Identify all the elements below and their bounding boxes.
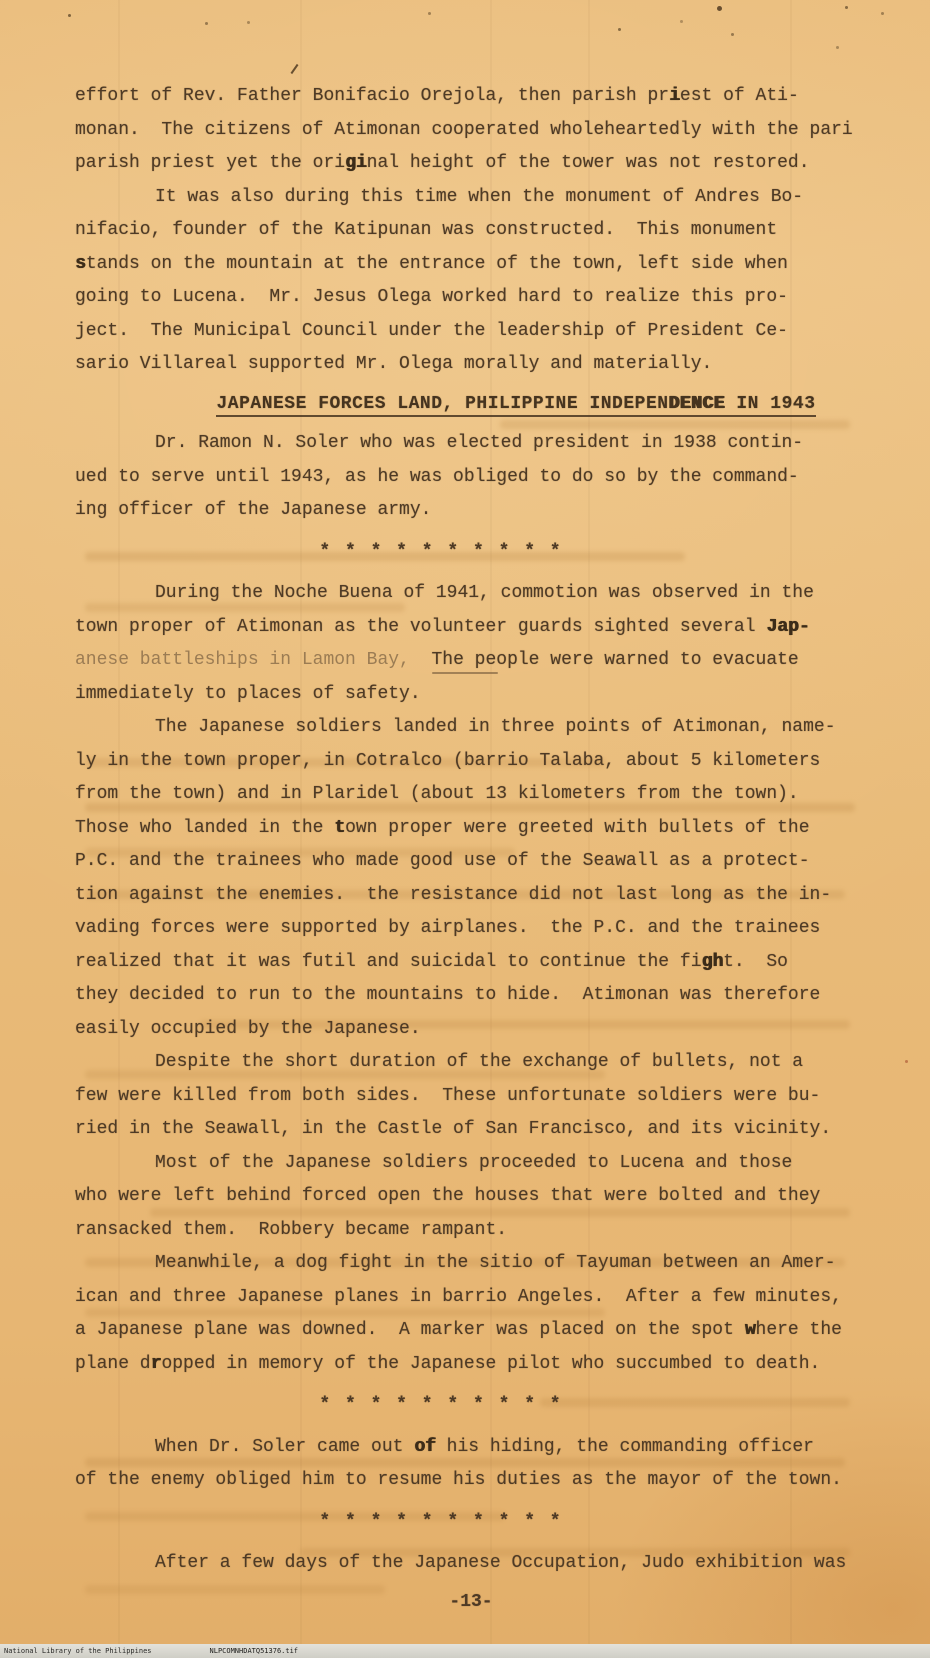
text-line: Most of the Japanese soldiers proceeded … [75,1147,867,1181]
text-line: town proper of Atimonan as the volunteer… [75,611,867,645]
text-segment: During the Noche Buena of 1941, commotio… [155,583,814,603]
text-line: tion against the enemies. the resistance… [75,879,867,913]
asterisk-separator: * * * * * * * * * * [75,1506,867,1540]
scanned-document-page: effort of Rev. Father Bonifacio Orejola,… [0,0,930,1658]
text-segment: immediately to places of safety. [75,684,421,704]
text-segment: The people were warned to evacuate [410,650,799,670]
text-line: Dr. Ramon N. Soler who was elected presi… [75,427,867,461]
text-segment: Most of the Japanese soldiers proceeded … [155,1153,792,1173]
text-line: they decided to run to the mountains to … [75,979,867,1013]
paragraph: Meanwhile, a dog fight in the sitio of T… [75,1247,867,1381]
text-line: easily occupied by the Japanese. [75,1013,867,1047]
text-segment: a Japanese plane was downed. A marker wa… [75,1320,745,1340]
text-segment: ued to serve until 1943, as he was oblig… [75,467,799,487]
text-line: of the enemy obliged him to resume his d… [75,1464,867,1498]
paragraph: effort of Rev. Father Bonifacio Orejola,… [75,80,867,181]
text-segment: Jap- [766,617,809,637]
text-segment: Those who landed in the [75,818,334,838]
paragraph: It was also during this time when the mo… [75,181,867,382]
text-segment: few were killed from both sides. These u… [75,1086,820,1106]
text-segment: gi [345,153,367,173]
text-line: effort of Rev. Father Bonifacio Orejola,… [75,80,867,114]
text-line: from the town) and in Plaridel (about 13… [75,778,867,812]
text-segment: effort of Rev. Father Bonifacio Orejola,… [75,86,669,106]
text-line: a Japanese plane was downed. A marker wa… [75,1314,867,1348]
text-line: vading forces were supported by airplane… [75,912,867,946]
text-segment: ried in the Seawall, in the Castle of Sa… [75,1119,831,1139]
text-line: immediately to places of safety. [75,678,867,712]
asterisk-separator: * * * * * * * * * * [75,536,867,570]
text-line: Despite the short duration of the exchan… [75,1046,867,1080]
text-segment: of the enemy obliged him to resume his d… [75,1470,842,1490]
text-line: After a few days of the Japanese Occupat… [75,1547,867,1581]
text-line: The Japanese soldiers landed in three po… [75,711,867,745]
text-segment: they decided to run to the mountains to … [75,985,820,1005]
text-line: Those who landed in the town proper were… [75,812,867,846]
footer-library-label: National Library of the Philippines [4,1647,152,1655]
text-segment: here the [756,1320,842,1340]
text-segment: t. So [723,952,788,972]
text-segment: from the town) and in Plaridel (about 13… [75,784,799,804]
text-segment: sario Villareal supported Mr. Olega mora… [75,354,712,374]
text-segment: nifacio, founder of the Katipunan was co… [75,220,777,240]
text-line: During the Noche Buena of 1941, commotio… [75,577,867,611]
text-line: ject. The Municipal Council under the le… [75,315,867,349]
text-segment: anese battleships in Lamon Bay, [75,650,410,670]
document-text: effort of Rev. Father Bonifacio Orejola,… [75,80,867,1581]
text-segment: ing officer of the Japanese army. [75,500,431,520]
heading-text: JAPANESE FORCES LAND, PHILIPPINE INDEPEN [216,394,668,414]
text-line: plane dropped in memory of the Japanese … [75,1348,867,1382]
text-line: ried in the Seawall, in the Castle of Sa… [75,1113,867,1147]
text-segment: P.C. and the trainees who made good use … [75,851,810,871]
text-segment: r [151,1354,162,1374]
text-segment: The Japanese soldiers landed in three po… [155,717,836,737]
text-segment: monan. The citizens of Atimonan cooperat… [75,120,853,140]
text-segment: est of Ati- [680,86,799,106]
paper-specks [0,0,3,3]
text-line: realized that it was futil and suicidal … [75,946,867,980]
text-segment: easily occupied by the Japanese. [75,1019,421,1039]
text-segment: ransacked them. Robbery became rampant. [75,1220,507,1240]
text-segment: town proper of Atimonan as the volunteer… [75,617,766,637]
text-line: who were left behind forced open the hou… [75,1180,867,1214]
text-segment: realized that it was futil and suicidal … [75,952,702,972]
paragraph: After a few days of the Japanese Occupat… [75,1547,867,1581]
text-segment: own proper were greeted with bullets of … [345,818,809,838]
text-line: parish priest yet the original height of… [75,147,867,181]
text-line: ican and three Japanese planes in barrio… [75,1281,867,1315]
text-segment: i [669,86,680,106]
paragraph: Despite the short duration of the exchan… [75,1046,867,1147]
text-segment: vading forces were supported by airplane… [75,918,820,938]
text-segment: w [745,1320,756,1340]
text-segment: gh [702,952,724,972]
text-segment: It was also during this time when the mo… [155,187,803,207]
text-segment: opped in memory of the Japanese pilot wh… [161,1354,820,1374]
text-line: ly in the town proper, in Cotralco (barr… [75,745,867,779]
text-line: ued to serve until 1943, as he was oblig… [75,461,867,495]
text-segment: s [75,254,86,274]
footer-filename: NLPCOMNHDATQ51376.tif [210,1647,299,1655]
text-segment: plane d [75,1354,151,1374]
paragraph: When Dr. Soler came out of his hiding, t… [75,1431,867,1498]
text-segment: Despite the short duration of the exchan… [155,1052,803,1072]
page-number: -13- [75,1592,927,1612]
text-segment: After a few days of the Japanese Occupat… [155,1553,846,1573]
text-line: stands on the mountain at the entrance o… [75,248,867,282]
text-line: anese battleships in Lamon Bay, The peop… [75,644,867,678]
text-segment: tion against the enemies. the resistance… [75,885,831,905]
text-segment: ly in the town proper, in Cotralco (barr… [75,751,820,771]
text-segment: Meanwhile, a dog fight in the sitio of T… [155,1253,836,1273]
text-line: going to Lucena. Mr. Jesus Olega worked … [75,281,867,315]
stray-pen-mark [291,64,299,74]
text-line: few were killed from both sides. These u… [75,1080,867,1114]
asterisk-separator: * * * * * * * * * * [75,1389,867,1423]
paragraph: During the Noche Buena of 1941, commotio… [75,577,867,711]
paragraph: The Japanese soldiers landed in three po… [75,711,867,1046]
text-segment: ican and three Japanese planes in barrio… [75,1287,842,1307]
text-line: Meanwhile, a dog fight in the sitio of T… [75,1247,867,1281]
section-heading: JAPANESE FORCES LAND, PHILIPPINE INDEPEN… [75,388,867,422]
scan-footer-bar: National Library of the PhilippinesNLPCO… [0,1644,930,1658]
text-line: It was also during this time when the mo… [75,181,867,215]
heading-text: IN 1943 [725,394,815,414]
text-segment: Dr. Ramon N. Soler who was elected presi… [155,433,803,453]
text-line: sario Villareal supported Mr. Olega mora… [75,348,867,382]
text-segment: tands on the mountain at the entrance of… [86,254,788,274]
text-segment: his hiding, the commanding officer [436,1437,814,1457]
text-line: nifacio, founder of the Katipunan was co… [75,214,867,248]
section-heading-underline: JAPANESE FORCES LAND, PHILIPPINE INDEPEN… [216,394,815,417]
text-segment: who were left behind forced open the hou… [75,1186,820,1206]
text-segment: of [414,1437,436,1457]
text-line: ing officer of the Japanese army. [75,494,867,528]
text-segment: parish priest yet the ori [75,153,345,173]
text-line: ransacked them. Robbery became rampant. [75,1214,867,1248]
paragraph: Dr. Ramon N. Soler who was elected presi… [75,427,867,528]
text-line: monan. The citizens of Atimonan cooperat… [75,114,867,148]
text-segment: When Dr. Soler came out [155,1437,414,1457]
text-segment: nal height of the tower was not restored… [367,153,810,173]
text-segment: t [334,818,345,838]
text-line: When Dr. Soler came out of his hiding, t… [75,1431,867,1465]
text-segment: ject. The Municipal Council under the le… [75,321,788,341]
heading-text: DENCE [669,394,726,414]
text-segment: going to Lucena. Mr. Jesus Olega worked … [75,287,788,307]
text-line: P.C. and the trainees who made good use … [75,845,867,879]
paragraph: Most of the Japanese soldiers proceeded … [75,1147,867,1248]
